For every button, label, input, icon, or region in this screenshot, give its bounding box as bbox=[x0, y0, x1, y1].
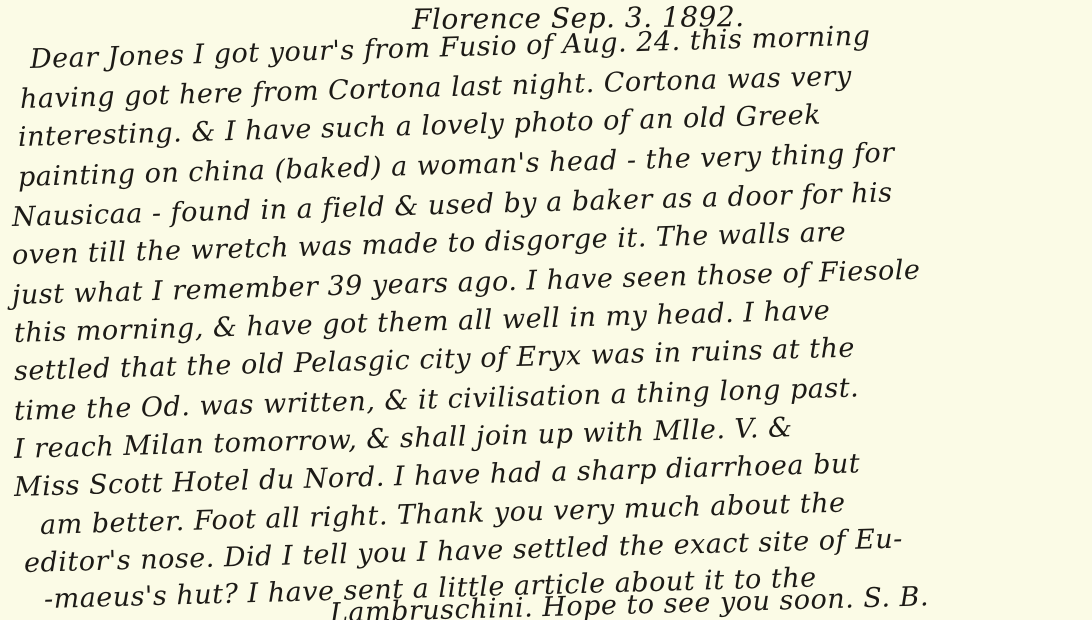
handwritten-letter: Florence Sep. 3. 1892. Dear Jones I got … bbox=[0, 0, 1092, 620]
